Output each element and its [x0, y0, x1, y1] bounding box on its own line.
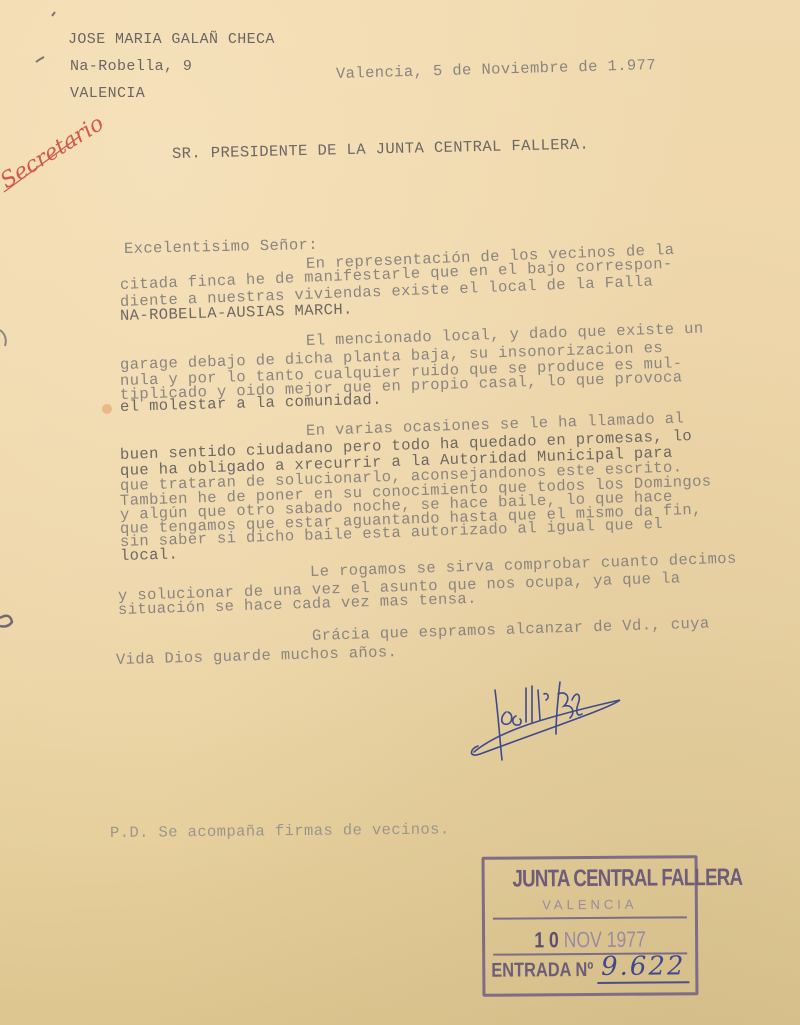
stamp-divider	[493, 916, 687, 919]
stamp-month-year: NOV 1977	[559, 927, 646, 953]
registry-stamp: JUNTA CENTRAL FALLERA VALENCIA 1 0 NOV 1…	[482, 855, 699, 997]
stamp-entry-number: 9.622	[597, 951, 689, 984]
sender-city: VALENCIA	[70, 85, 145, 102]
stamp-date: 1 0 NOV 1977	[506, 926, 674, 953]
postscript: P.D. Se acompaña firmas de vecinos.	[110, 820, 450, 842]
body-line: local.	[120, 545, 179, 565]
sender-name: JOSE MARIA GALAÑ CHECA	[68, 31, 275, 48]
annotation-underline	[0, 120, 90, 200]
sender-address: Na-Robella, 9	[70, 58, 192, 75]
stamp-entry-label: ENTRADA Nº	[491, 959, 593, 983]
stamp-city: VALENCIA	[485, 896, 695, 912]
handwritten-signature: José Mª Galañ	[460, 672, 640, 767]
stamp-day: 1 0	[534, 927, 559, 952]
stamp-title: JUNTA CENTRAL FALLERA	[512, 864, 667, 893]
